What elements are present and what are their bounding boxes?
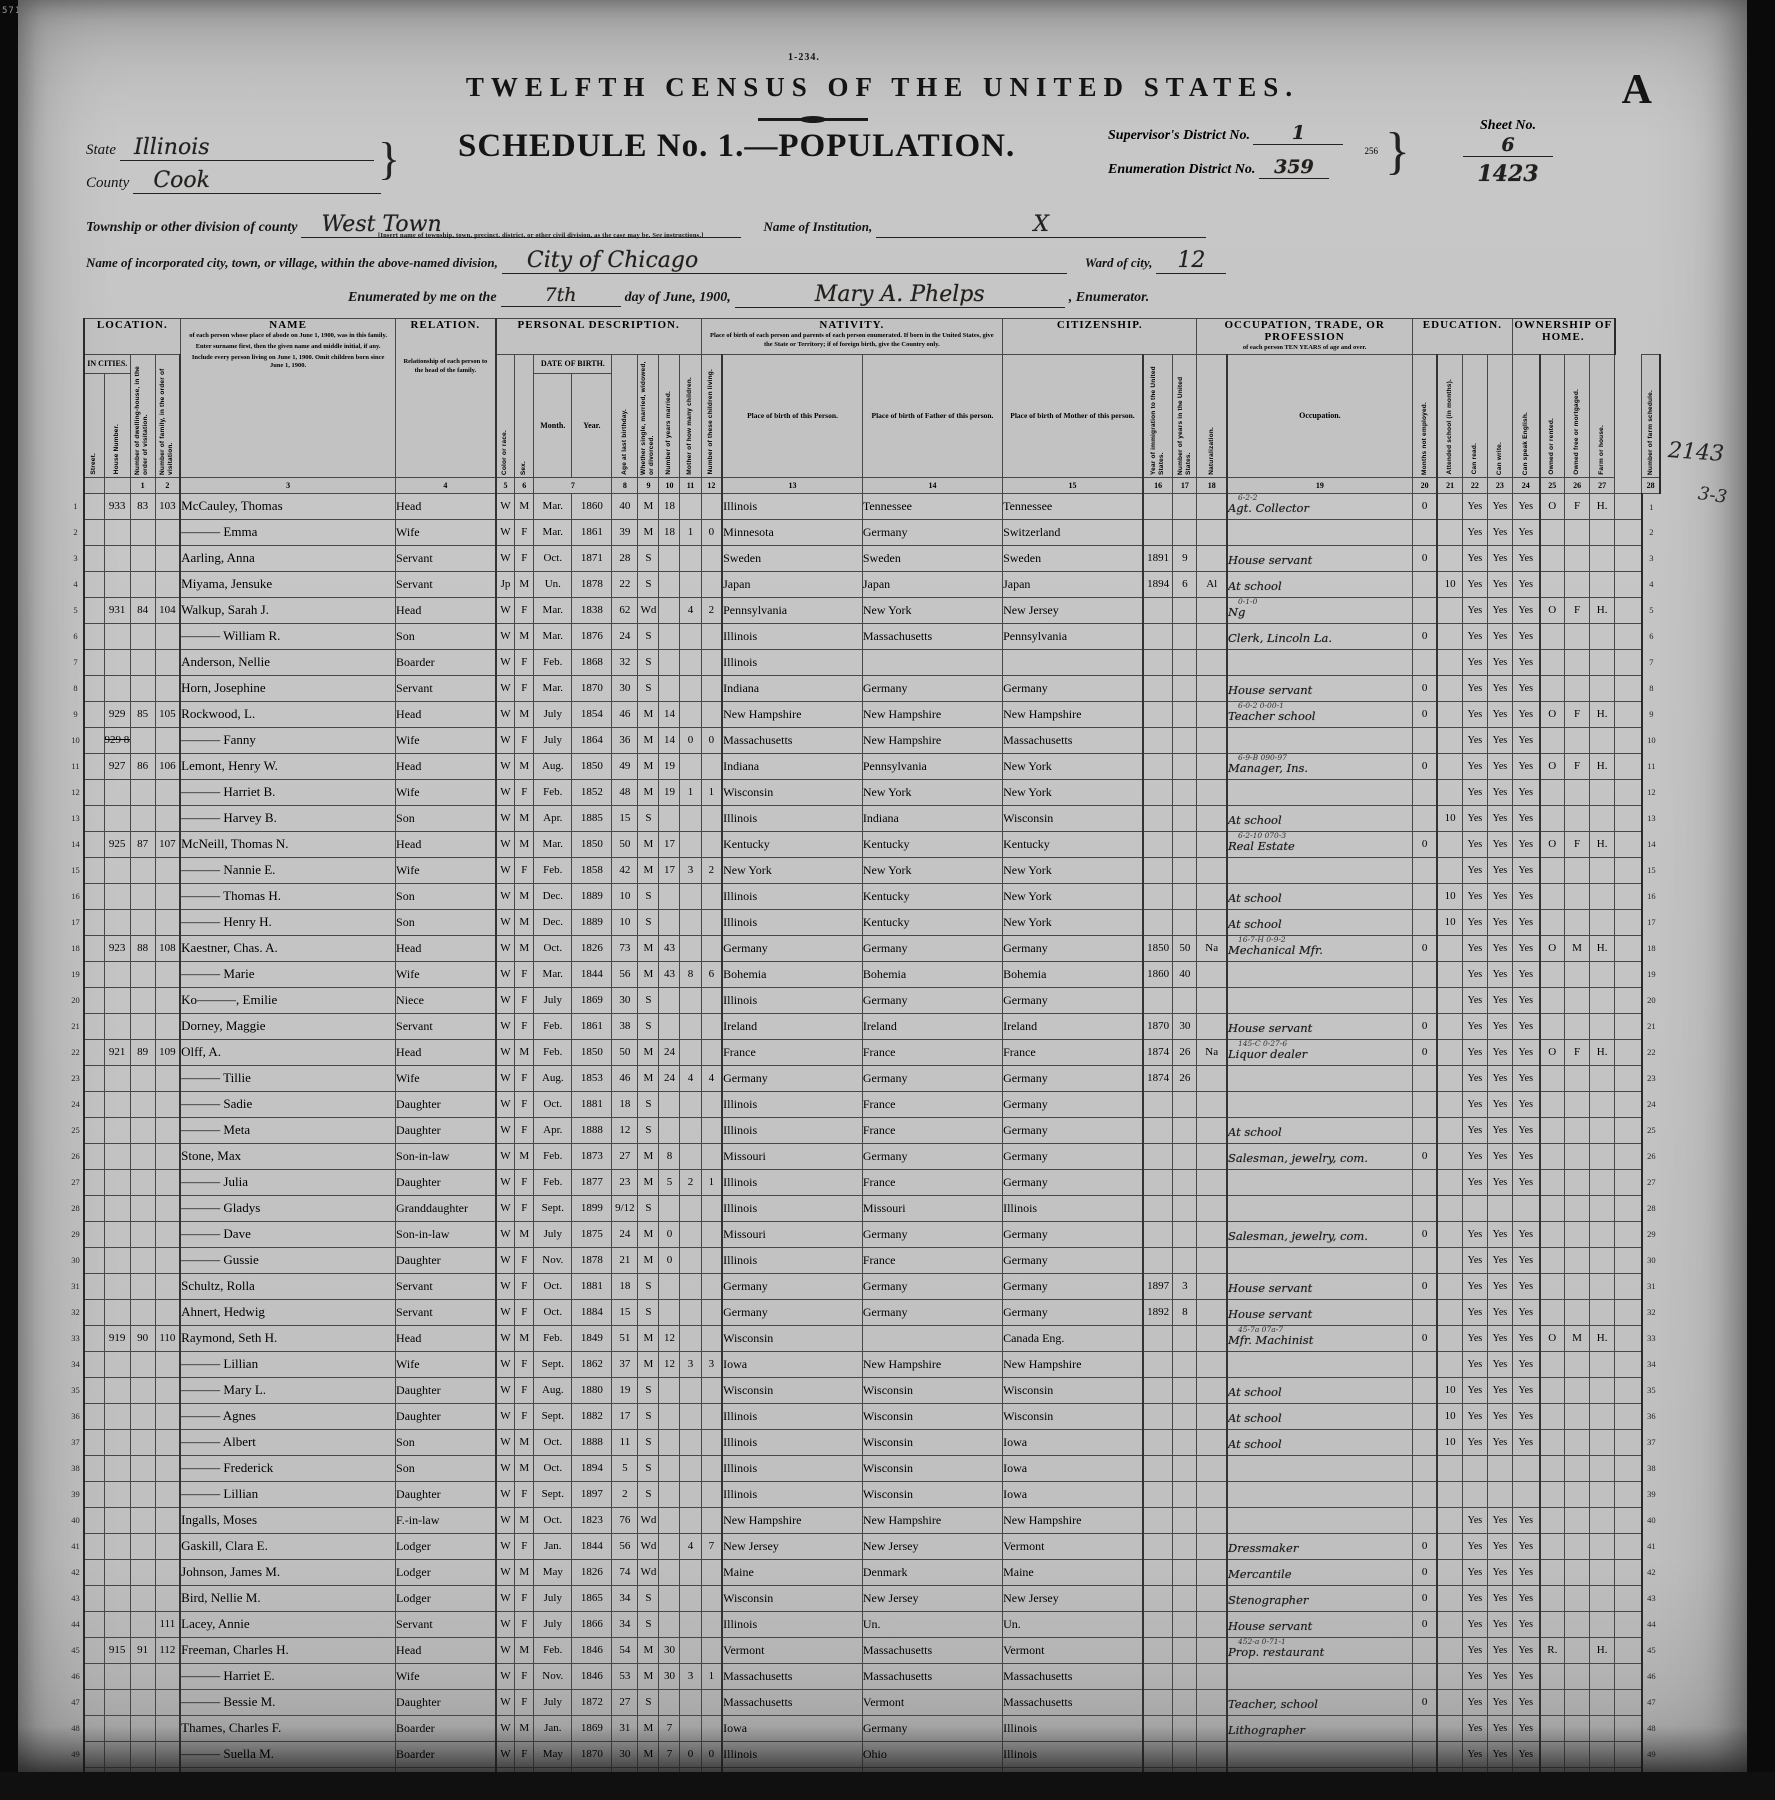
cell-can-read: Yes <box>1462 1533 1487 1559</box>
cell-birth-month: Feb. <box>534 1325 572 1351</box>
cell-family-number: 104 <box>155 597 180 623</box>
cell-attended-school: 10 <box>1437 909 1462 935</box>
group-name: NAME of each person whose place of abode… <box>180 319 395 478</box>
cell-can-read: Yes <box>1462 571 1487 597</box>
margin-note-2143: 2143 <box>1667 438 1725 467</box>
cell-farm-or-house <box>1590 649 1615 675</box>
cell-owned-free-mortgaged <box>1565 1247 1590 1273</box>
cell-naturalization <box>1197 493 1227 519</box>
cell-children-living: 6 <box>701 961 722 987</box>
cell-can-write: Yes <box>1487 1403 1512 1429</box>
cell-years-in-us <box>1173 1559 1197 1585</box>
cell-color-race: W <box>496 883 515 909</box>
cell-street <box>84 1611 104 1637</box>
cell-naturalization: Na <box>1197 935 1227 961</box>
cell-can-read: Yes <box>1462 831 1487 857</box>
cell-children-living <box>701 623 722 649</box>
cell-age: 42 <box>612 857 638 883</box>
cell-marital-status: M <box>638 831 659 857</box>
cell-dwelling-number <box>130 961 155 987</box>
cell-pob-person: Illinois <box>722 623 862 649</box>
cell-relation: F.-in-law <box>396 1507 496 1533</box>
cell-can-read: Yes <box>1462 1689 1487 1715</box>
cell-street <box>84 1143 104 1169</box>
cell-attended-school <box>1437 1611 1462 1637</box>
cell-house-number <box>104 1455 130 1481</box>
cell-attended-school <box>1437 831 1462 857</box>
cell-owned-free-mortgaged: M <box>1565 935 1590 961</box>
cell-age: 50 <box>612 1039 638 1065</box>
cell-years-married: 14 <box>659 701 680 727</box>
cell-relation: Niece <box>396 987 496 1013</box>
cell-naturalization <box>1197 779 1227 805</box>
cell-farm-or-house <box>1590 1065 1615 1091</box>
cell-relation: Daughter <box>396 1169 496 1195</box>
row-number-left: 8 <box>68 675 84 701</box>
table-row: 47 ——— Bessie M. Daughter W F July 1872 … <box>68 1689 1660 1715</box>
cell-age: 15 <box>612 1299 638 1325</box>
cell-farm-schedule <box>1615 1637 1642 1663</box>
cell-age: 27 <box>612 1143 638 1169</box>
cell-farm-schedule <box>1615 1533 1642 1559</box>
county-label: County <box>86 175 129 191</box>
cell-occupation: 6-0-2 0-00-1 Teacher school <box>1227 701 1412 727</box>
cell-marital-status: S <box>638 675 659 701</box>
cell-years-in-us <box>1173 1351 1197 1377</box>
cell-farm-schedule <box>1615 649 1642 675</box>
cell-owned-free-mortgaged <box>1565 805 1590 831</box>
cell-marital-status: M <box>638 753 659 779</box>
cell-months-not-employed: 0 <box>1412 1585 1437 1611</box>
cell-can-read: Yes <box>1462 1507 1487 1533</box>
cell-owned-free-mortgaged <box>1565 857 1590 883</box>
cell-occupation: Salesman, jewelry, com. <box>1227 1221 1412 1247</box>
cell-name: ——— Sadie <box>180 1091 395 1117</box>
cell-house-number <box>104 1091 130 1117</box>
cell-relation: Head <box>396 1039 496 1065</box>
cell-naturalization <box>1197 1663 1227 1689</box>
cell-pob-mother: Canada Eng. <box>1003 1325 1143 1351</box>
page-letter: A <box>1622 66 1652 114</box>
cell-can-write: Yes <box>1487 1325 1512 1351</box>
cell-children-living <box>701 987 722 1013</box>
cell-pob-mother: New Hampshire <box>1003 1351 1143 1377</box>
cell-farm-or-house <box>1590 545 1615 571</box>
table-row: 44 111 Lacey, Annie Servant W F July 186… <box>68 1611 1660 1637</box>
col-house-number: House Number. <box>104 373 130 477</box>
colnum: 18 <box>1197 477 1227 493</box>
cell-farm-or-house: H. <box>1590 597 1615 623</box>
col-pob-father: Place of birth of Father of this person. <box>862 354 1002 477</box>
cell-children-living <box>701 1091 722 1117</box>
cell-occupation <box>1227 1065 1412 1091</box>
cell-can-read: Yes <box>1462 597 1487 623</box>
cell-name: ——— Meta <box>180 1117 395 1143</box>
row-number-right: 15 <box>1642 857 1660 883</box>
cell-family-number <box>155 883 180 909</box>
cell-birth-month: Oct. <box>534 1429 572 1455</box>
cell-name: Ahnert, Hedwig <box>180 1299 395 1325</box>
cell-street <box>84 1481 104 1507</box>
enumerated-line: Enumerated by me on the 7th day of June,… <box>348 282 1149 308</box>
cell-owned-rented <box>1540 1117 1565 1143</box>
table-row: 30 ——— Gussie Daughter W F Nov. 1878 21 … <box>68 1247 1660 1273</box>
cell-birth-year: 1844 <box>572 1533 612 1559</box>
cell-pob-father: Wisconsin <box>862 1429 1002 1455</box>
cell-pob-mother: New Jersey <box>1003 597 1143 623</box>
cell-birth-month: July <box>534 1221 572 1247</box>
cell-years-in-us: 50 <box>1173 935 1197 961</box>
cell-street <box>84 675 104 701</box>
cell-occupation <box>1227 961 1412 987</box>
cell-can-write: Yes <box>1487 987 1512 1013</box>
brace-district: } <box>1385 122 1410 181</box>
table-row: 29 ——— Dave Son-in-law W M July 1875 24 … <box>68 1221 1660 1247</box>
cell-months-not-employed <box>1412 597 1437 623</box>
cell-relation: Wife <box>396 1663 496 1689</box>
cell-family-number <box>155 675 180 701</box>
cell-marital-status: S <box>638 805 659 831</box>
cell-pob-person: Wisconsin <box>722 1585 862 1611</box>
scanned-census-page: 5718 00578 1-234. TWELFTH CENSUS OF THE … <box>0 0 1775 1800</box>
cell-family-number <box>155 1247 180 1273</box>
cell-marital-status: S <box>638 649 659 675</box>
cell-age: 10 <box>612 909 638 935</box>
cell-attended-school <box>1437 649 1462 675</box>
row-number-left: 1 <box>68 493 84 519</box>
row-number-right: 32 <box>1642 1299 1660 1325</box>
cell-farm-schedule <box>1615 1117 1642 1143</box>
occupation-text: Liquor dealer <box>1228 1047 1307 1061</box>
occupation-text: Agt. Collector <box>1228 501 1309 515</box>
row-number-right: 4 <box>1642 571 1660 597</box>
cell-birth-month: Feb. <box>534 779 572 805</box>
cell-children-living <box>701 701 722 727</box>
cell-sex: F <box>515 1013 534 1039</box>
cell-house-number <box>104 909 130 935</box>
row-number-right: 42 <box>1642 1559 1660 1585</box>
cell-can-write: Yes <box>1487 1273 1512 1299</box>
cell-attended-school <box>1437 1091 1462 1117</box>
county-value: Cook <box>153 168 210 193</box>
cell-immigration-year <box>1143 1091 1173 1117</box>
cell-can-speak-english: Yes <box>1512 1377 1539 1403</box>
cell-months-not-employed <box>1412 1663 1437 1689</box>
cell-age: 62 <box>612 597 638 623</box>
cell-birth-year: 1870 <box>572 675 612 701</box>
cell-years-married: 43 <box>659 961 680 987</box>
row-number-left: 14 <box>68 831 84 857</box>
cell-months-not-employed <box>1412 1065 1437 1091</box>
cell-sex: F <box>515 1065 534 1091</box>
cell-years-married: 14 <box>659 727 680 753</box>
cell-color-race: W <box>496 649 515 675</box>
cell-children-living <box>701 1221 722 1247</box>
cell-naturalization <box>1197 1637 1227 1663</box>
cell-pob-person: New York <box>722 857 862 883</box>
cell-children-living <box>701 1585 722 1611</box>
city-line: Name of incorporated city, town, or vill… <box>86 248 1226 274</box>
cell-sex: F <box>515 961 534 987</box>
row-number-left: 10 <box>68 727 84 753</box>
cell-birth-month: July <box>534 701 572 727</box>
census-sheet: 1-234. TWELFTH CENSUS OF THE UNITED STAT… <box>18 0 1747 1772</box>
cell-children-born <box>680 545 701 571</box>
col-pob-mother: Place of birth of Mother of this person. <box>1003 354 1143 477</box>
cell-children-born <box>680 1377 701 1403</box>
cell-attended-school <box>1437 1663 1462 1689</box>
row-number-left: 27 <box>68 1169 84 1195</box>
cell-house-number <box>104 1117 130 1143</box>
cell-dwelling-number <box>130 1013 155 1039</box>
table-row: 5 931 84 104 Walkup, Sarah J. Head W F M… <box>68 597 1660 623</box>
cell-farm-schedule <box>1615 519 1642 545</box>
cell-naturalization <box>1197 1455 1227 1481</box>
colnum: 14 <box>862 477 1002 493</box>
row-number-left: 32 <box>68 1299 84 1325</box>
cell-owned-rented <box>1540 545 1565 571</box>
cell-color-race: W <box>496 623 515 649</box>
cell-color-race: W <box>496 1689 515 1715</box>
cell-street <box>84 1455 104 1481</box>
cell-birth-year: 1844 <box>572 961 612 987</box>
cell-birth-year: 1888 <box>572 1117 612 1143</box>
row-number-right: 16 <box>1642 883 1660 909</box>
cell-can-write: Yes <box>1487 1559 1512 1585</box>
cell-farm-or-house <box>1590 1663 1615 1689</box>
cell-sex: F <box>515 1351 534 1377</box>
cell-years-in-us <box>1173 1429 1197 1455</box>
cell-months-not-employed: 0 <box>1412 1273 1437 1299</box>
cell-name: McNeill, Thomas N. <box>180 831 395 857</box>
cell-relation: Servant <box>396 1299 496 1325</box>
cell-occupation: At school <box>1227 1429 1412 1455</box>
col-owned-free-mortgaged: Owned free or mortgaged. <box>1565 354 1590 477</box>
cell-attended-school <box>1437 623 1462 649</box>
cell-family-number <box>155 623 180 649</box>
cell-farm-schedule <box>1615 805 1642 831</box>
cell-years-married <box>659 1013 680 1039</box>
cell-attended-school <box>1437 493 1462 519</box>
cell-can-write: Yes <box>1487 493 1512 519</box>
cell-can-write: Yes <box>1487 935 1512 961</box>
cell-birth-year: 1853 <box>572 1065 612 1091</box>
row-number-left: 4 <box>68 571 84 597</box>
cell-children-born <box>680 1091 701 1117</box>
cell-months-not-employed: 0 <box>1412 545 1437 571</box>
cell-years-married <box>659 649 680 675</box>
colnum: 4 <box>396 477 496 493</box>
cell-immigration-year <box>1143 1247 1173 1273</box>
occupation-text: Ng <box>1228 605 1245 619</box>
cell-street <box>84 1377 104 1403</box>
cell-relation: Daughter <box>396 1117 496 1143</box>
cell-marital-status: S <box>638 623 659 649</box>
cell-age: 73 <box>612 935 638 961</box>
cell-years-in-us <box>1173 1611 1197 1637</box>
cell-attended-school <box>1437 1247 1462 1273</box>
margin-note-33: 3-3 <box>1697 483 1729 508</box>
cell-birth-year: 1861 <box>572 1013 612 1039</box>
cell-color-race: W <box>496 1429 515 1455</box>
cell-house-number <box>104 571 130 597</box>
cell-children-born <box>680 1273 701 1299</box>
table-row: 40 Ingalls, Moses F.-in-law W M Oct. 182… <box>68 1507 1660 1533</box>
cell-pob-mother: Un. <box>1003 1611 1143 1637</box>
cell-naturalization <box>1197 1273 1227 1299</box>
cell-color-race: W <box>496 597 515 623</box>
cell-farm-schedule <box>1615 1039 1642 1065</box>
cell-birth-month: Oct. <box>534 1507 572 1533</box>
cell-years-married <box>659 597 680 623</box>
cell-naturalization <box>1197 1585 1227 1611</box>
cell-can-speak-english: Yes <box>1512 493 1539 519</box>
cell-name: Miyama, Jensuke <box>180 571 395 597</box>
cell-can-write: Yes <box>1487 701 1512 727</box>
cell-children-born <box>680 805 701 831</box>
cell-years-in-us <box>1173 1091 1197 1117</box>
cell-occupation <box>1227 649 1412 675</box>
table-row: 27 ——— Julia Daughter W F Feb. 1877 23 M… <box>68 1169 1660 1195</box>
cell-house-number <box>104 1143 130 1169</box>
cell-immigration-year <box>1143 1195 1173 1221</box>
cell-immigration-year: 1870 <box>1143 1013 1173 1039</box>
table-row: 22 921 89 109 Olff, A. Head W M Feb. 185… <box>68 1039 1660 1065</box>
cell-marital-status: S <box>638 1299 659 1325</box>
cell-street <box>84 493 104 519</box>
cell-can-read: Yes <box>1462 1585 1487 1611</box>
cell-owned-free-mortgaged <box>1565 519 1590 545</box>
cell-birth-month: Feb. <box>534 1637 572 1663</box>
cell-dwelling-number <box>130 1169 155 1195</box>
cell-attended-school: 10 <box>1437 1429 1462 1455</box>
cell-sex: F <box>515 545 534 571</box>
cell-children-born <box>680 831 701 857</box>
cell-can-read: Yes <box>1462 1221 1487 1247</box>
institution-value: X <box>1033 212 1049 237</box>
cell-birth-month: Aug. <box>534 753 572 779</box>
cell-can-speak-english: Yes <box>1512 1247 1539 1273</box>
cell-birth-month: Aug. <box>534 1065 572 1091</box>
cell-occupation <box>1227 1507 1412 1533</box>
cell-children-born <box>680 571 701 597</box>
cell-months-not-employed: 0 <box>1412 1325 1437 1351</box>
col-birth-year: Year. <box>572 373 612 477</box>
table-row: 31 Schultz, Rolla Servant W F Oct. 1881 … <box>68 1273 1660 1299</box>
cell-can-speak-english <box>1512 1481 1539 1507</box>
cell-age: 24 <box>612 1221 638 1247</box>
cell-can-read: Yes <box>1462 649 1487 675</box>
cell-birth-month: Feb. <box>534 857 572 883</box>
table-row: 18 923 88 108 Kaestner, Chas. A. Head W … <box>68 935 1660 961</box>
colnum: 10 <box>659 477 680 493</box>
cell-immigration-year <box>1143 779 1173 805</box>
table-row: 26 Stone, Max Son-in-law W M Feb. 1873 2… <box>68 1143 1660 1169</box>
group-education: EDUCATION. <box>1412 319 1512 355</box>
row-number-right: 26 <box>1642 1143 1660 1169</box>
cell-dwelling-number <box>130 1403 155 1429</box>
table-row: 19 ——— Marie Wife W F Mar. 1844 56 M 43 … <box>68 961 1660 987</box>
cell-family-number <box>155 1221 180 1247</box>
cell-age: 18 <box>612 1273 638 1299</box>
cell-color-race: W <box>496 519 515 545</box>
cell-immigration-year: 1894 <box>1143 571 1173 597</box>
cell-can-write: Yes <box>1487 1663 1512 1689</box>
table-row: 7 Anderson, Nellie Boarder W F Feb. 1868… <box>68 649 1660 675</box>
cell-pob-father: Massachusetts <box>862 623 1002 649</box>
cell-house-number <box>104 857 130 883</box>
row-number-left: 11 <box>68 753 84 779</box>
row-number-right: 23 <box>1642 1065 1660 1091</box>
col-owned-rented: Owned or rented. <box>1540 354 1565 477</box>
cell-dwelling-number <box>130 1091 155 1117</box>
cell-pob-mother: New Jersey <box>1003 1585 1143 1611</box>
cell-can-write <box>1487 1455 1512 1481</box>
cell-owned-rented <box>1540 1611 1565 1637</box>
row-number-left: 24 <box>68 1091 84 1117</box>
row-number-left: 45 <box>68 1637 84 1663</box>
colnum: 22 <box>1462 477 1487 493</box>
cell-name: ——— Albert <box>180 1429 395 1455</box>
row-number-left: 39 <box>68 1481 84 1507</box>
table-row: 25 ——— Meta Daughter W F Apr. 1888 12 S … <box>68 1117 1660 1143</box>
cell-relation: Wife <box>396 1351 496 1377</box>
cell-color-race: W <box>496 805 515 831</box>
cell-attended-school <box>1437 1169 1462 1195</box>
table-row: 35 ——— Mary L. Daughter W F Aug. 1880 19… <box>68 1377 1660 1403</box>
row-number-left: 34 <box>68 1351 84 1377</box>
occupation-text: Manager, Ins. <box>1228 761 1308 775</box>
cell-children-living <box>701 1377 722 1403</box>
cell-children-born: 0 <box>680 727 701 753</box>
cell-can-speak-english: Yes <box>1512 1221 1539 1247</box>
colnum: 23 <box>1487 477 1512 493</box>
cell-owned-rented <box>1540 987 1565 1013</box>
cell-sex: F <box>515 519 534 545</box>
cell-can-write: Yes <box>1487 1429 1512 1455</box>
cell-farm-schedule <box>1615 987 1642 1013</box>
cell-pob-father: Ireland <box>862 1013 1002 1039</box>
cell-children-living <box>701 1559 722 1585</box>
cell-immigration-year <box>1143 597 1173 623</box>
cell-children-living <box>701 493 722 519</box>
cell-birth-year: 1873 <box>572 1143 612 1169</box>
cell-birth-year: 1865 <box>572 1585 612 1611</box>
cell-pob-mother: Maine <box>1003 1559 1143 1585</box>
cell-color-race: W <box>496 1247 515 1273</box>
cell-pob-person: Ireland <box>722 1013 862 1039</box>
cell-farm-or-house <box>1590 1507 1615 1533</box>
cell-immigration-year <box>1143 1429 1173 1455</box>
cell-months-not-employed: 0 <box>1412 1039 1437 1065</box>
cell-dwelling-number <box>130 883 155 909</box>
cell-birth-month: July <box>534 1585 572 1611</box>
cell-age: 46 <box>612 1065 638 1091</box>
cell-relation: Son <box>396 909 496 935</box>
cell-family-number <box>155 1299 180 1325</box>
cell-years-married <box>659 675 680 701</box>
cell-name: Walkup, Sarah J. <box>180 597 395 623</box>
cell-can-read <box>1462 1455 1487 1481</box>
cell-street <box>84 623 104 649</box>
cell-pob-person: Illinois <box>722 1611 862 1637</box>
row-number-right: 34 <box>1642 1351 1660 1377</box>
cell-house-number <box>104 1221 130 1247</box>
cell-street <box>84 1299 104 1325</box>
cell-birth-month: Apr. <box>534 1117 572 1143</box>
cell-house-number: 915 <box>104 1637 130 1663</box>
cell-months-not-employed <box>1412 1377 1437 1403</box>
